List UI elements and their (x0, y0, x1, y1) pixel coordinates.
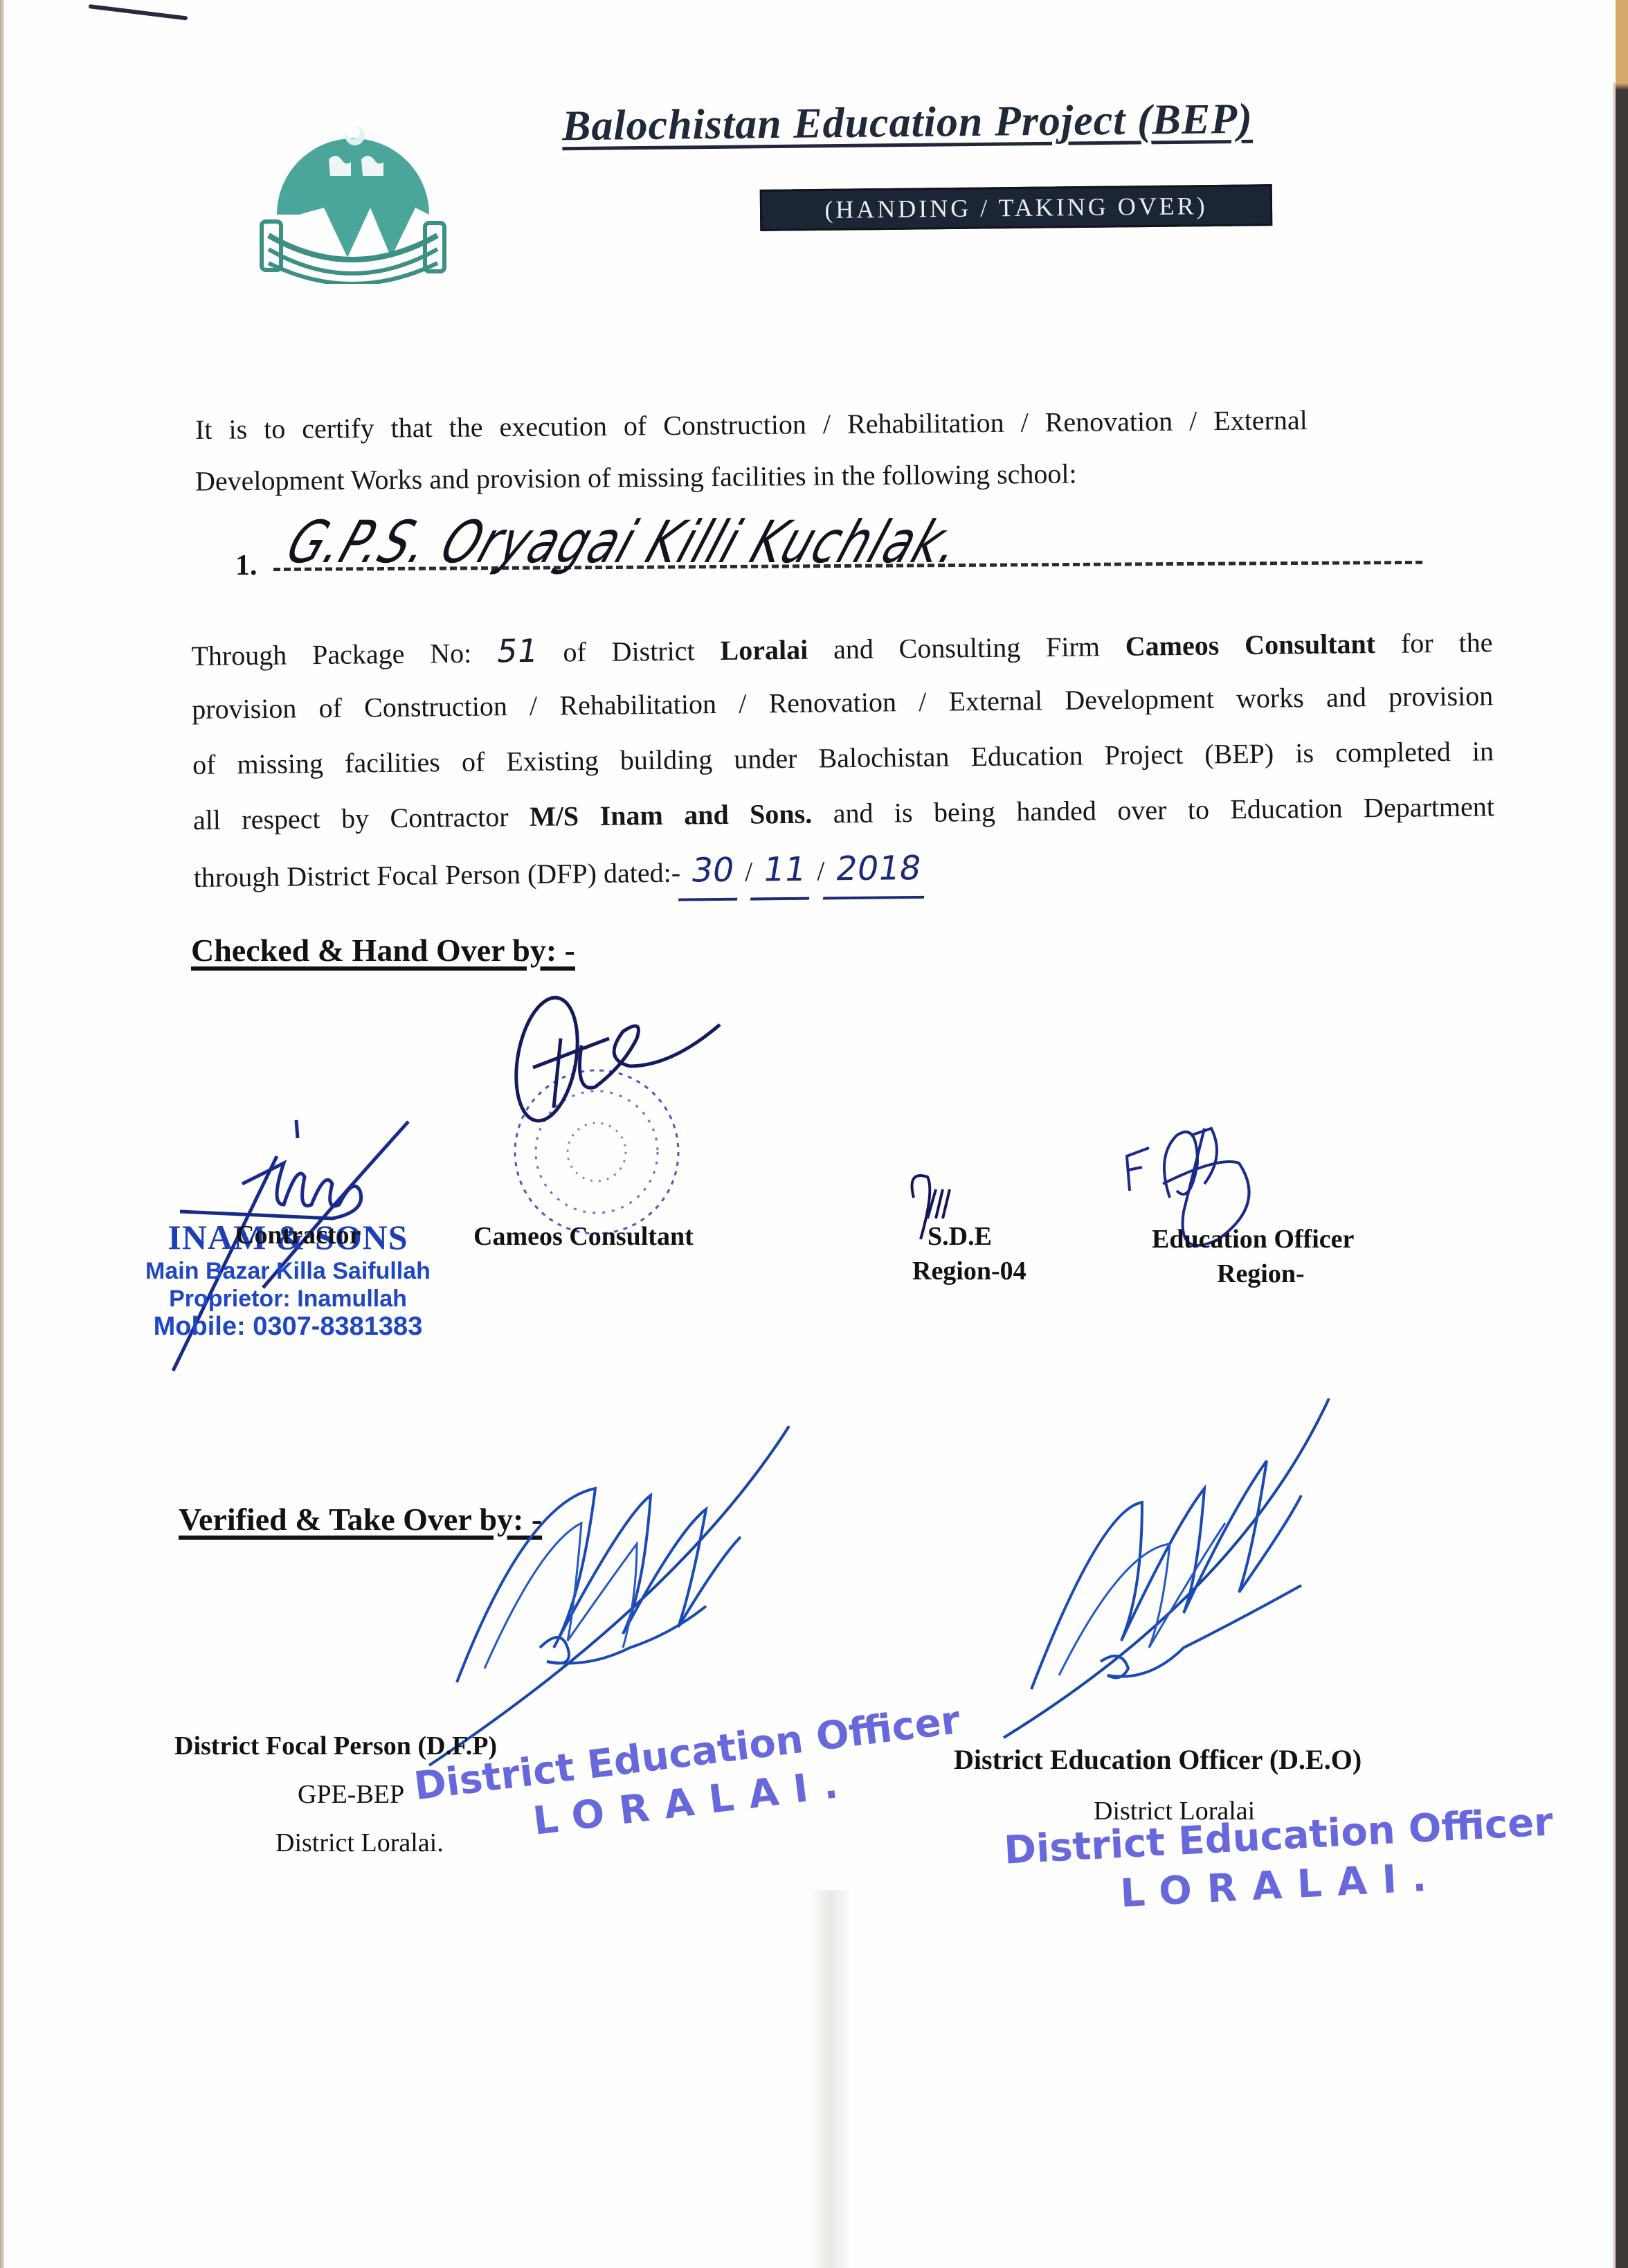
document-subtitle: (HANDING / TAKING OVER) (824, 191, 1208, 224)
education-officer-label: Education Officer (1152, 1224, 1354, 1254)
consultant-label: Cameos Consultant (473, 1221, 694, 1252)
contractor-name: M/S Inam and Sons. (530, 798, 813, 832)
education-officer-region: Region- (1217, 1259, 1305, 1289)
dfp-organization: GPE-BEP (298, 1779, 404, 1810)
deo-label: District Education Officer (D.E.O) (954, 1743, 1362, 1776)
dfp-signature-icon (415, 1419, 803, 1765)
contractor-label: Contractor (235, 1220, 361, 1250)
dfp-label: District Focal Person (D.F.P) (174, 1731, 497, 1761)
date-year-handwritten: 2018 (822, 840, 933, 900)
checked-heading: Checked & Hand Over by: - (191, 932, 575, 969)
date-day-handwritten: 30 (678, 843, 747, 901)
document-title: Balochistan Education Project (BEP) (562, 95, 1253, 151)
certificate-body: Through Package No: 51 of District Loral… (191, 613, 1495, 903)
dfp-district: District Loralai. (275, 1828, 444, 1858)
district-education-office-stamp-right: District Education Officer LORALAI. (1003, 1799, 1557, 1922)
subtitle-band: (HANDING / TAKING OVER) (760, 184, 1273, 231)
paper-right-edge (1616, 0, 1628, 2268)
paper-fold-shadow (810, 1890, 851, 2268)
sde-label: S.D.E (928, 1221, 992, 1252)
package-number-handwritten: 51 (492, 623, 542, 679)
scanned-document-page: Balochistan Education Project (BEP) (HAN… (0, 0, 1628, 2268)
school-name-handwritten: G.P.S. Oryagai Killi Kuchlak. (278, 508, 972, 576)
consultant-name: Cameos Consultant (1125, 628, 1376, 662)
consultant-signature-icon (512, 990, 748, 1115)
stamp-address: Main Bazar Killa Saifullah (136, 1257, 440, 1285)
certify-line-2: Development Works and provision of missi… (195, 460, 1077, 495)
balochistan-emblem-icon (249, 104, 457, 284)
sde-region: Region-04 (912, 1256, 1026, 1286)
deo-signature-icon (941, 1385, 1384, 1745)
school-item-number: 1. (235, 549, 257, 582)
paper-left-edge (0, 0, 4, 2268)
pen-stroke-mark (89, 4, 188, 21)
date-month-handwritten: 11 (750, 842, 819, 901)
stamp-mobile: Mobile: 0307-8381383 (136, 1313, 440, 1340)
certify-line-1: It is to certify that the execution of C… (195, 406, 1308, 444)
stamp-proprietor: Proprietor: Inamullah (136, 1285, 440, 1313)
district-name: Loralai (720, 634, 808, 666)
